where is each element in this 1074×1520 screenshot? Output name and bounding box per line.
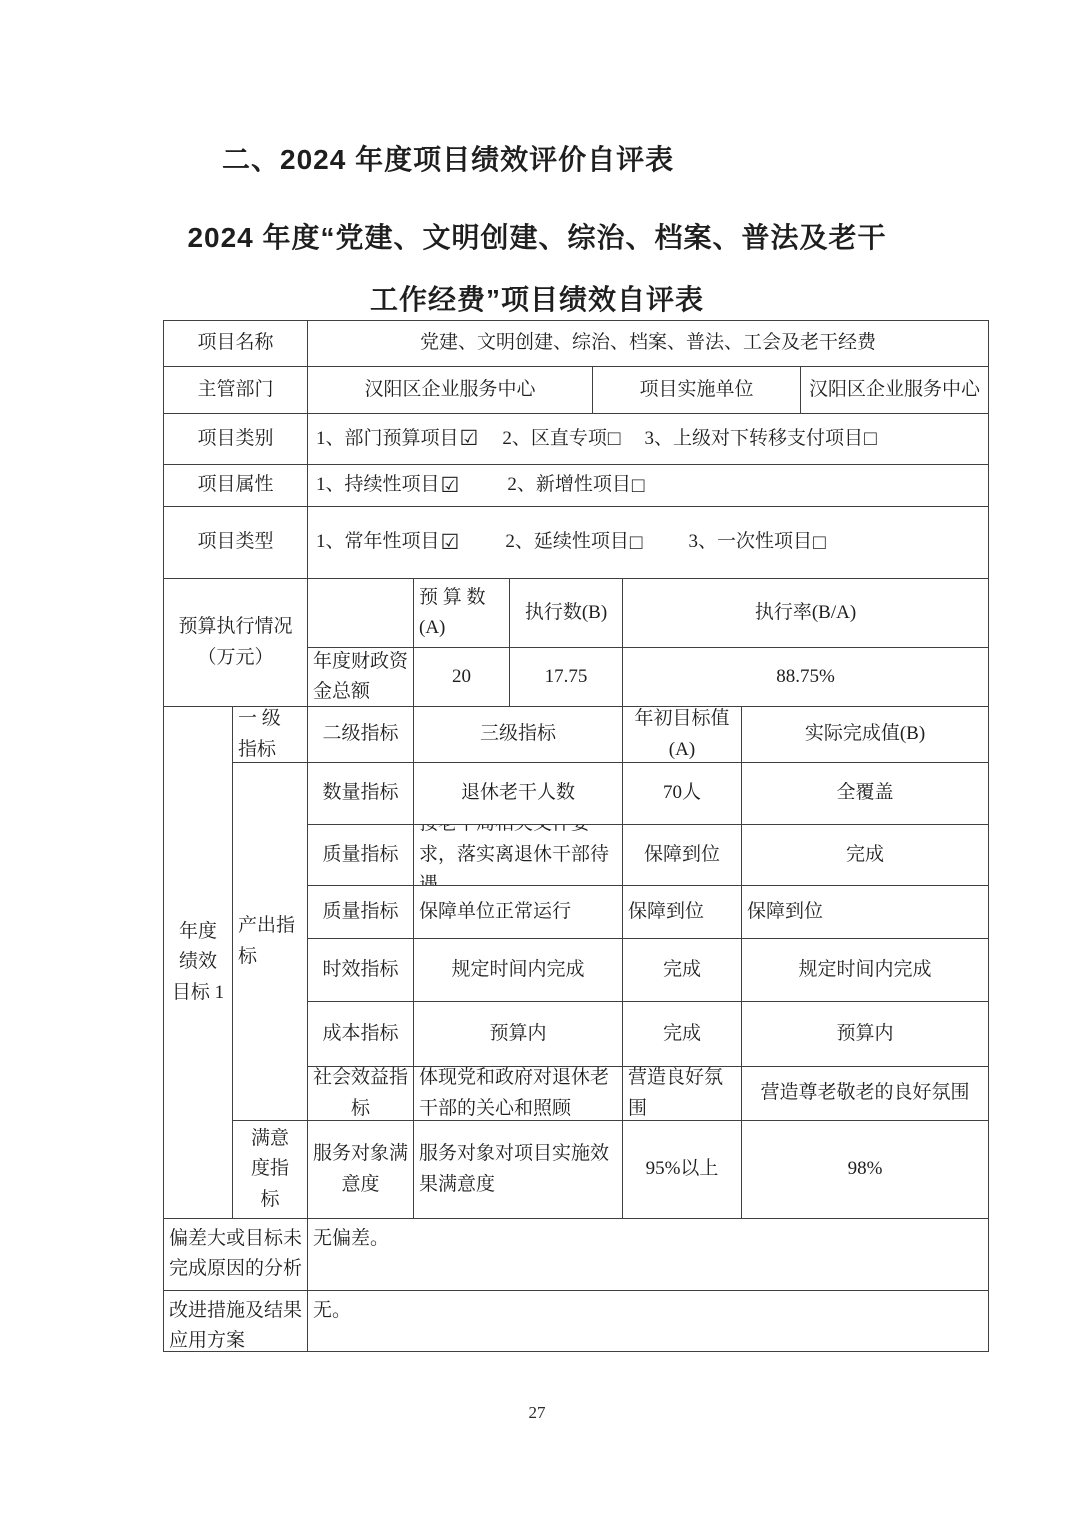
budget-col-budget: 预 算 数 (A) xyxy=(414,579,510,648)
category-option-3: 3、上级对下转移支付项目□ xyxy=(645,424,877,454)
header-actual: 实际完成值(B) xyxy=(742,707,989,763)
budget-empty-cell xyxy=(308,579,414,648)
page-number: 27 xyxy=(0,1403,1074,1423)
executed-value: 17.75 xyxy=(510,648,623,707)
option-label: 2、新增性项目 xyxy=(507,470,631,500)
header-level3: 三级指标 xyxy=(414,707,623,763)
checkbox-unchecked-icon: □ xyxy=(630,532,643,553)
self-evaluation-table: 项目名称 党建、文明创建、综治、档案、普法、工会及老干经费 主管部门 汉阳区企业… xyxy=(163,320,989,1352)
category-label: 项目类别 xyxy=(164,414,308,465)
checkbox-checked-icon: ☑ xyxy=(441,475,460,496)
indicator-target: 保障到位 xyxy=(623,825,742,886)
option-label: 3、上级对下转移支付项目 xyxy=(645,424,864,454)
checkbox-unchecked-icon: □ xyxy=(632,475,645,496)
indicator-actual: 全覆盖 xyxy=(742,763,989,825)
satisfaction-indicator-label: 满意 度指 标 xyxy=(233,1121,308,1219)
attribute-options: 1、持续性项目☑ 2、新增性项目□ xyxy=(308,465,989,507)
budget-col-executed: 执行数(B) xyxy=(510,579,623,648)
performance-goal-label: 年度 绩效 目标 1 xyxy=(164,707,233,1219)
department-label: 主管部门 xyxy=(164,367,308,414)
header-level2: 二级指标 xyxy=(308,707,414,763)
indicator-l3: 按老干局相关文件要求，落实离退休干部待遇 xyxy=(414,825,623,886)
indicator-target: 完成 xyxy=(623,1002,742,1067)
checkbox-unchecked-icon: □ xyxy=(608,428,621,449)
option-label: 1、部门预算项目 xyxy=(316,424,459,454)
form-title-line2: 工作经费”项目绩效自评表 xyxy=(0,278,1074,318)
project-name-value: 党建、文明创建、综治、档案、普法、工会及老干经费 xyxy=(308,321,989,367)
section-heading: 二、2024 年度项目绩效评价自评表 xyxy=(222,138,674,178)
budget-col-rate: 执行率(B/A) xyxy=(623,579,989,648)
indicator-target: 完成 xyxy=(623,939,742,1002)
category-options: 1、部门预算项目☑ 2、区直专项□ 3、上级对下转移支付项目□ xyxy=(308,414,989,465)
budget-row-label: 年度财政资金总额 xyxy=(308,648,414,707)
project-name-label: 项目名称 xyxy=(164,321,308,367)
indicator-target: 70人 xyxy=(623,763,742,825)
form-title-line1: 2024 年度“党建、文明创建、综治、档案、普法及老干 xyxy=(0,216,1074,256)
indicator-actual: 保障到位 xyxy=(742,886,989,939)
checkbox-unchecked-icon: □ xyxy=(813,532,826,553)
option-label: 2、延续性项目 xyxy=(505,527,629,557)
header-target: 年初目标值 (A) xyxy=(623,707,742,763)
indicator-l2: 质量指标 xyxy=(308,825,414,886)
indicator-l3: 服务对象对项目实施效果满意度 xyxy=(414,1121,623,1219)
type-options: 1、常年性项目☑ 2、延续性项目□ 3、一次性项目□ xyxy=(308,507,989,579)
indicator-actual: 预算内 xyxy=(742,1002,989,1067)
deviation-value: 无偏差。 xyxy=(308,1219,989,1291)
budget-value: 20 xyxy=(414,648,510,707)
indicator-l2: 成本指标 xyxy=(308,1002,414,1067)
type-option-1: 1、常年性项目☑ xyxy=(316,527,459,557)
indicator-actual: 营造尊老敬老的良好氛围 xyxy=(742,1067,989,1121)
checkbox-checked-icon: ☑ xyxy=(460,428,479,449)
attribute-option-2: 2、新增性项目□ xyxy=(507,470,644,500)
deviation-label: 偏差大或目标未完成原因的分析 xyxy=(164,1219,308,1291)
department-value: 汉阳区企业服务中心 xyxy=(308,367,593,414)
indicator-actual: 规定时间内完成 xyxy=(742,939,989,1002)
attribute-label: 项目属性 xyxy=(164,465,308,507)
option-label: 1、常年性项目 xyxy=(316,527,440,557)
indicator-l3: 规定时间内完成 xyxy=(414,939,623,1002)
document-page: 二、2024 年度项目绩效评价自评表 2024 年度“党建、文明创建、综治、档案… xyxy=(0,0,1074,1520)
category-option-1: 1、部门预算项目☑ xyxy=(316,424,478,454)
indicator-l2: 服务对象满 意度 xyxy=(308,1121,414,1219)
indicator-l2: 质量指标 xyxy=(308,886,414,939)
type-option-2: 2、延续性项目□ xyxy=(505,527,642,557)
improvement-value: 无。 xyxy=(308,1291,989,1352)
option-label: 2、区直专项 xyxy=(502,424,607,454)
indicator-l3: 退休老干人数 xyxy=(414,763,623,825)
indicator-l2: 时效指标 xyxy=(308,939,414,1002)
type-option-3: 3、一次性项目□ xyxy=(689,527,826,557)
indicator-l3: 保障单位正常运行 xyxy=(414,886,623,939)
budget-section-label: 预算执行情况 （万元） xyxy=(164,579,308,707)
output-indicator-label: 产出指 标 xyxy=(233,763,308,1121)
improvement-label: 改进措施及结果应用方案 xyxy=(164,1291,308,1352)
header-level1: 一 级 指标 xyxy=(233,707,308,763)
indicator-l3: 预算内 xyxy=(414,1002,623,1067)
implement-unit-value: 汉阳区企业服务中心 xyxy=(801,367,989,414)
indicator-target: 95%以上 xyxy=(623,1121,742,1219)
rate-value: 88.75% xyxy=(623,648,989,707)
attribute-option-1: 1、持续性项目☑ xyxy=(316,470,459,500)
checkbox-checked-icon: ☑ xyxy=(441,532,460,553)
checkbox-unchecked-icon: □ xyxy=(864,428,877,449)
type-label: 项目类型 xyxy=(164,507,308,579)
category-option-2: 2、区直专项□ xyxy=(502,424,620,454)
indicator-l2: 数量指标 xyxy=(308,763,414,825)
indicator-target: 保障到位 xyxy=(623,886,742,939)
implement-unit-label: 项目实施单位 xyxy=(593,367,801,414)
indicator-actual: 98% xyxy=(742,1121,989,1219)
indicator-l3: 体现党和政府对退休老干部的关心和照顾 xyxy=(414,1067,623,1121)
option-label: 3、一次性项目 xyxy=(689,527,813,557)
indicator-l2: 社会效益指 标 xyxy=(308,1067,414,1121)
indicator-target: 营造良好氛围 xyxy=(623,1067,742,1121)
option-label: 1、持续性项目 xyxy=(316,470,440,500)
indicator-actual: 完成 xyxy=(742,825,989,886)
